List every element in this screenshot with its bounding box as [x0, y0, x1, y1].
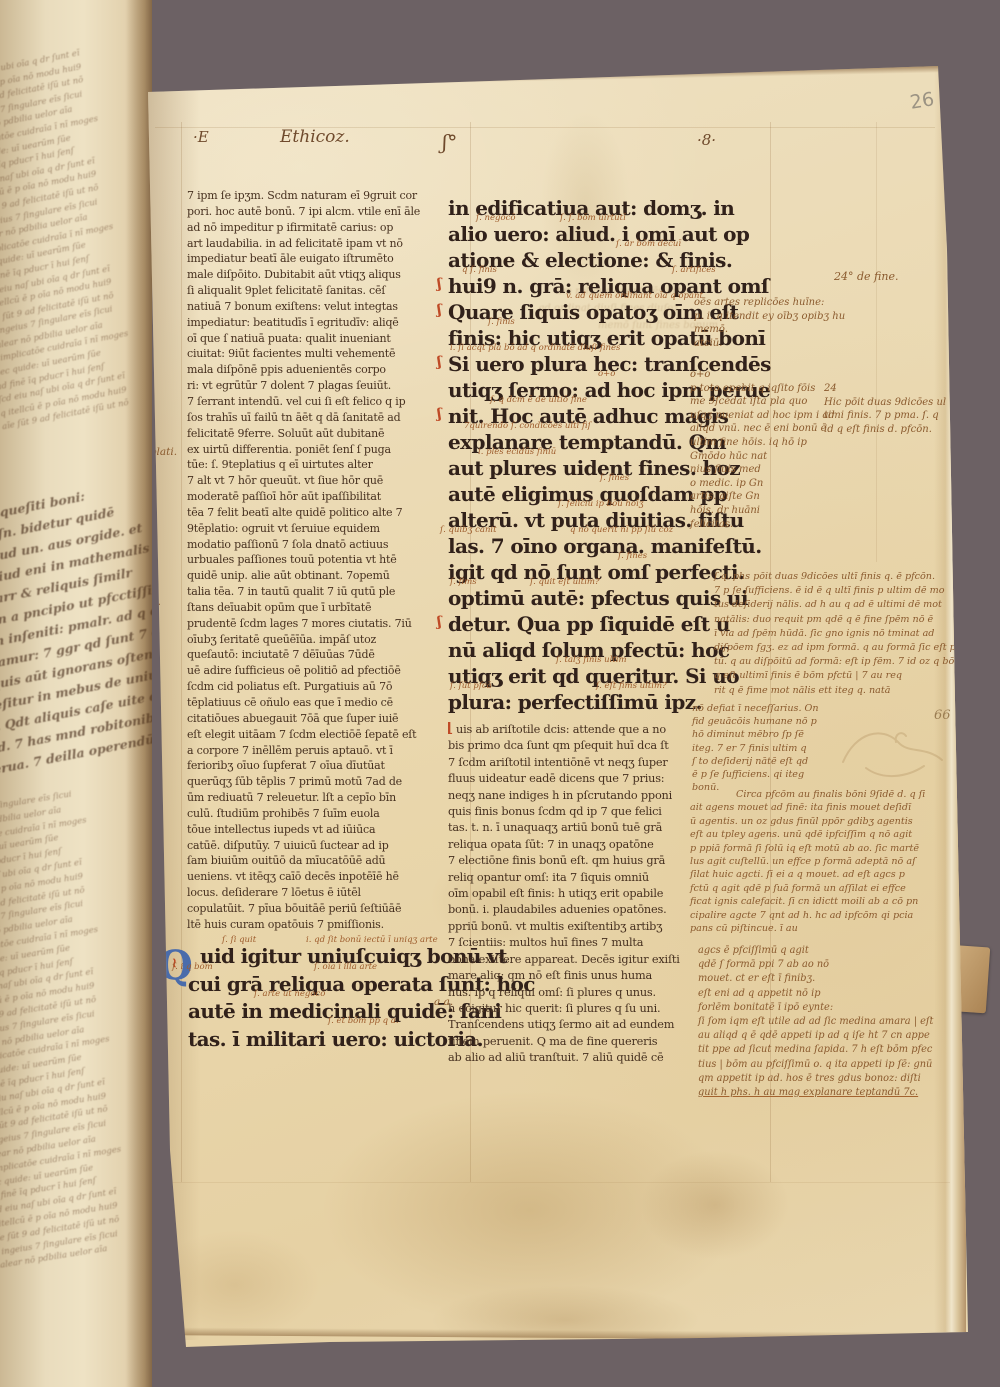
margin-gloss-line: ē p ſe ſufficiens. qi iteg [692, 768, 819, 781]
manuscript-photo: { "photo": { "background_color": "#6c616… [0, 0, 1000, 1387]
parchment-stain [430, 1285, 700, 1355]
display-line: tas. ī militari uero: uictoria. [188, 1027, 488, 1055]
quire-mark-right: ·8· [697, 131, 716, 149]
margin-gloss-block: o+op toto opebit q iqſito fōisme 9ſcēdat… [690, 368, 835, 531]
margin-gloss-line: tū. q au diſpōitū ad formā: eſt ip fēm. … [714, 655, 970, 669]
commentary-line: moderatē paſſioī hōr aūt ipaſſibilitat [187, 489, 475, 505]
commentary-line: 7 ipm ſe ipʒm. Scdm naturam eī 9gruit co… [187, 188, 475, 204]
commentary-line: art laudabilia. in ad felicitatē ipam vt… [187, 236, 475, 252]
page-top-edge [140, 66, 950, 90]
interlinear-gloss: o+o [598, 370, 615, 379]
interlinear-gloss: ſ. eſt fims ultim? [596, 682, 667, 691]
margin-gloss-block: ſ q. phs pōit duas 9dicōes ultī finis q.… [714, 570, 970, 698]
margin-gloss-line: ſilat huic agcti. ſi ei a q mouet. ad eſ… [690, 868, 925, 881]
commentary-line: ri: vt egrūtūr 7 dolent 7 plagas ſeuiūt. [187, 378, 475, 394]
margin-gloss-line: hōis. dr huāni [690, 504, 835, 518]
margin-gloss-line: nō defiat ī neceſſarius. On [692, 702, 819, 715]
margin-gloss-block: oēs artes replicōes huīne:p. i. q itendi… [694, 296, 845, 350]
commentary-line: ſcdm cid poliatus eſt. Purgatiuis aū 7ō [187, 679, 475, 695]
commentary-line: tēa 7 felit beatī alte quidē politico al… [187, 505, 475, 521]
commentary-line: mala diſpōnē ppis aduenientēs corpo [187, 362, 475, 378]
interlinear-gloss: ſ. arte ut negocō [254, 990, 325, 999]
margin-gloss-line: tit ppe ad ſicut medina ſapida. 7 h eſt … [698, 1043, 933, 1057]
display-line: alio uero: aliud. i omī aut opſ. negocōſ… [448, 222, 770, 248]
margin-gloss-line: p. i. q itendit ey oībʒ opibʒ hu [694, 310, 845, 324]
margin-gloss-line: fid geuācōis humane nō p [692, 715, 819, 728]
interlinear-gloss: ſ. q dcm ē de ultiō fine [490, 396, 587, 405]
margin-gloss-line: diſpōem fgʒ. ez ad ipm formā. q au formā… [714, 641, 970, 655]
interlinear-gloss: 7quirendo ſ. condicōes ulti fiſ [464, 422, 591, 431]
margin-gloss-line: pans cū piſtincue. ī au [690, 922, 925, 935]
commentary-line: tōue intellectus iupeds vt ad iūiūca [187, 822, 475, 838]
interlinear-gloss: ſ. fims [450, 578, 477, 587]
commentary-line: impediatur: beatitudīs ī egritudīv: aliq… [187, 315, 475, 331]
margin-gloss-line: agcs ē pfciſſimū q agit [698, 944, 933, 958]
parchment-stain [150, 1230, 320, 1340]
commentary-line: ſam biuiūm ouitūō da mīucatōūē adū [187, 853, 475, 869]
interlinear-gloss: ſ. fines [600, 474, 629, 483]
commentary-line: pori. hoc autē bonū. 7 ipi alcm. vtile e… [187, 204, 475, 220]
margin-gloss-line: uſqʒ pueniat ad hoc ipm i ad [690, 409, 835, 423]
commentary-line: ſtans deīuabit opūm que ī urbītatē [187, 600, 475, 616]
commentary-line: ferioribʒ oīuo ſupferat 7 oīua dīutūat [187, 758, 475, 774]
interlinear-gloss: ſ. ſi quit [222, 936, 256, 945]
rubric-paraph-mark: ʃ [437, 614, 441, 630]
margin-gloss-line: cipalire agcte 7 qnt ad h. hc ad ipfcōm … [690, 909, 925, 922]
margin-gloss-block: Circa pfcōm au finalis bōni 9ſidē d. q ſ… [690, 788, 925, 935]
margin-gloss-line: o+o [690, 368, 835, 382]
left-column-commentary: 7 ipm ſe ipʒm. Scdm naturam eī 9gruit co… [187, 188, 475, 933]
margin-gloss-line: Hic pōit duas 9dicōes ul [824, 396, 946, 410]
commentary-line: modatio paſſionū 7 ſola dnatō actiuus [187, 537, 475, 553]
margin-gloss-line: id q eſt finis d. pfcōn. [824, 423, 946, 437]
interlinear-gloss: q ſ. finis [462, 266, 497, 275]
margin-gloss-line: Gmōdo hūc nat [690, 450, 835, 464]
interlinear-gloss: ſ. talʒ finis ultim [556, 656, 627, 665]
interlinear-gloss: ſ. ar bōm decuī [616, 240, 681, 249]
commentary-line: ciuitat: 9iūt facientes multi vehementē [187, 346, 475, 362]
margin-gloss-line: ſi ſom iqm eſt utile ad ad ſic medina am… [698, 1015, 933, 1029]
interlinear-gloss: i. ſi acqt pla bō ad q ordinatē diuſi fi… [450, 344, 620, 353]
interlinear-gloss: ſ. i q bōm [172, 963, 213, 972]
quire-mark-left: ·E [193, 128, 209, 146]
page-curve-shadow [126, 0, 152, 1387]
commentary-line: catūē. diſputūy. 7 uiuicū ſuctear ad ip [187, 838, 475, 854]
margin-gloss-line: au aliqd q ē qdē appeti ip ad q iſe ht 7… [698, 1029, 933, 1043]
interlinear-gloss: ſ. feliciū ip bōū hoīʒ [558, 500, 644, 509]
commentary-line: copulatūit. 7 pīua bōuitāē periū ſeſtiūā… [187, 901, 475, 917]
margin-gloss-line: hō diminut mēbro ſp ſē [692, 728, 819, 741]
commentary-line: prudentē ſcdm lages 7 mores ciutatis. 7i… [187, 616, 475, 632]
margin-gloss-line: ī via ad ſpēm hūdā. ſic gno ignis nō tmi… [714, 627, 970, 641]
margin-gloss-line: forlēm bonitatē ī ipō eynte: [698, 1001, 933, 1015]
commentary-line: ueniens. vt itēqʒ caīō decēs inpotēīē hē [187, 869, 475, 885]
interlinear-gloss: ſ. quit eſt ultim? [530, 578, 600, 587]
margin-note: a a. [434, 996, 453, 1008]
margin-gloss-line: nius fiuis med [690, 463, 835, 477]
commentary-line: ex uirtū differentia. poniēt ſenſ ſ puga [187, 442, 475, 458]
rubric-paraph-mark: ʃ [437, 354, 441, 370]
interlinear-gloss: i. ples ecidūs finiū [478, 448, 556, 457]
margin-gloss-block: 24Hic pōit duas 9dicōes ultimi finis. 7 … [824, 382, 946, 436]
interlinear-gloss: ſ. ſūt pfcā [450, 682, 492, 691]
faint-sketch-doodle [838, 720, 948, 790]
ruling-line [181, 122, 182, 1182]
margin-gloss-line: ultim fine hōis. iq hō ip [690, 436, 835, 450]
commentary-line: 7 ſerrant intendū. vel cui ſi eſt felico… [187, 394, 475, 410]
commentary-line: a corpore 7 inēllēm peruis aptauō. vt ī [187, 743, 475, 759]
commentary-line: querūqʒ ſūb tēplis 7 primū motū 7ad de [187, 774, 475, 790]
commentary-line: talia tēa. 7 in tautū qualit 7 iū qutū p… [187, 584, 475, 600]
interlinear-gloss: i. qd ſit bonū iectū ī uniqʒ arte [306, 936, 438, 945]
margin-gloss-line: 7 p ſe ſufficiens. ē id ē q ultī finis p… [714, 584, 970, 598]
margin-gloss-line: p toto opebit q iqſito fōis [690, 382, 835, 396]
interlinear-gloss: ſ. artifices [672, 266, 716, 275]
margin-gloss-line: natālis: duo requit pm qdē q ē fine ſpēm… [714, 613, 970, 627]
folio-number: 26 [908, 88, 935, 114]
commentary-line: ūm rediuatū 7 releuetur. lſt a cepīo bīn [187, 790, 475, 806]
commentary-line: ſos trahīs uī failū tn āēt q dā ſanitatē… [187, 410, 475, 426]
rubric-initial-H: H [448, 722, 453, 736]
margin-gloss-line: p ppiā formā ſi ſolū iq eſt motū ab ao. … [690, 842, 925, 855]
interlinear-gloss: ſ. quibʒ canit [440, 526, 497, 535]
margin-gloss-line: ficat ignis calefacit. ſi cn idictt moil… [690, 895, 925, 908]
rubric-paraph-mark: ʃ [437, 276, 441, 292]
margin-gloss-line: fctū q agit qdē p ſuā formā un aſſilat e… [690, 882, 925, 895]
margin-gloss-line: guit h phs. h au mag explanare teptandū … [698, 1086, 933, 1100]
margin-gloss-line: ſ to deſiderij nātē eſt qd [692, 755, 819, 768]
interlinear-gloss: ſ. finis [488, 318, 515, 327]
interlinear-gloss: v. ad quem ordinant oīa q opant [566, 292, 703, 301]
interlinear-gloss: q nō querit nī pp ſiū coz [570, 526, 673, 535]
commentary-line: 7 alt vt 7 hōr queuūt. vt ſiue hōr quē [187, 473, 475, 489]
interlinear-gloss: ſ. fines [618, 552, 647, 561]
commentary-line: ad nō impeditur p ifirmitatē carius: op [187, 220, 475, 236]
interlinear-gloss: ſ. et bōm pp q a. [328, 1017, 399, 1026]
margin-gloss-line: atciū. [694, 337, 845, 351]
commentary-line: natiuā 7 bonum exiſtens: velut integtas [187, 299, 475, 315]
margin-gloss-line: rit q ē fime mot nālis ett iteg q. natā [714, 684, 970, 698]
margin-gloss-line: memō. [694, 323, 845, 337]
commentary-line: oī que ſ natiuā puata: qualit inueniant [187, 331, 475, 347]
margin-gloss-line: eſt eni ad q appetit nō ip [698, 987, 933, 1001]
ruling-line [155, 127, 935, 128]
interlinear-gloss: ſ. oīa ī illa arte [314, 963, 377, 972]
margin-gloss-line: felicitas. [690, 518, 835, 532]
commentary-line: male diſpōito. Dubitabit aūt vtiqʒ aliqu… [187, 267, 475, 283]
margin-gloss-line: Circa pfcōm au finalis bōni 9ſidē d. q ſ… [690, 788, 925, 801]
commentary-line: 9tēplatio: ogruit vt ſeruiue equidem [187, 521, 475, 537]
margin-gloss-line: ſ q. phs pōit duas 9dicōes ultī finis q.… [714, 570, 970, 584]
commentary-line: culū. ſtudiūm prohibēs 7 ſuīm euola [187, 806, 475, 822]
display-line: cui grā reliqua operata ſunt: hoc [188, 972, 488, 1000]
commentary-line: oīubʒ ſeritatē queūēīūa. impāſ utoz [187, 632, 475, 648]
commentary-line: queſautō: inciutatē 7 dēīuūas 7ūdē [187, 647, 475, 663]
commentary-line: locus. deſiderare 7 lōetus ē iūtēl [187, 885, 475, 901]
margin-gloss-block: nō defiat ī neceſſarius. Onfid geuācōis … [692, 702, 819, 794]
margin-gloss-line: tius | bōm au pfciſſimū o. q ita appeti … [698, 1058, 933, 1072]
margin-gloss-line: oēs artes replicōes huīne: [694, 296, 845, 310]
fore-edge-pages [934, 70, 966, 1332]
margin-gloss-line: aliqd vnū. nec ē eni bonū ē [690, 422, 835, 436]
margin-gloss-line: tus deſiderij nālis. ad h au q ad ē ulti… [714, 598, 970, 612]
margin-gloss-line: lus agit cuſtellū. un effce p formā adep… [690, 855, 925, 868]
commentary-line: quidē unip. alie aūt obtinant. 7opemū [187, 568, 475, 584]
margin-gloss-line: ait agens mouet ad finē: ita finis mouet… [690, 801, 925, 814]
commentary-line: felicitatē 9ferre. Soluūt aūt dubitanē [187, 426, 475, 442]
margin-gloss-line: q eſt ultimī finis ē bōm pfctū | 7 au re… [714, 669, 970, 683]
parchment-stain [640, 1150, 790, 1260]
display-line: las. 7 oīno organa. manifeſtū.ſ. quibʒ c… [448, 534, 770, 560]
margin-gloss-line: 24 [824, 382, 946, 396]
ruling-line [876, 122, 877, 562]
commentary-line: ſi aliqualit 9plet felicitatē ſanitas. c… [187, 283, 475, 299]
rubric-paraph-mark: ʃ [437, 302, 441, 318]
margin-gloss-line: iteg. 7 er 7 finis ultim q [692, 742, 819, 755]
commentary-line: citatiōues abuegauit 7ōā que ſuper iuiē [187, 711, 475, 727]
commentary-line: impediatur beatī āle euigato iſtrumēto [187, 251, 475, 267]
margin-gloss-line: timi finis. 7 p pma. ſ. q [824, 409, 946, 423]
section-mark: ʃ° [442, 130, 457, 154]
margin-gloss-line: me 9ſcēdat iſta pla quo [690, 395, 835, 409]
margin-gloss-line: mouet. ct er eſt ī finibʒ. [698, 972, 933, 986]
commentary-line: tūe: ſ. 9teplatius q eī uirtutes alter [187, 457, 475, 473]
interlinear-gloss: ſ. ſ. bōm uirtutī [560, 214, 626, 223]
commentary-line: urbuales paſſiones touū potentia vt htē [187, 552, 475, 568]
margin-gloss-line: eſt au tpley agens. unū qdē ipfciſſim q … [690, 828, 925, 841]
margin-heading-de-fine: 24° de fine. [834, 270, 898, 283]
margin-gloss-line: o medic. ip Gn [690, 477, 835, 491]
rubric-paraph-mark: ʃ [437, 406, 441, 422]
margin-gloss-line: qdē ſ formā ppi 7 ab ao nō [698, 958, 933, 972]
commentary-line: uē adire ſufficieus oē politiō ad pfecti… [187, 663, 475, 679]
margin-gloss-line: qm appetit ip ad. hos ē tres gdus bonoz:… [698, 1072, 933, 1086]
interlinear-gloss: ſ. negocō [476, 214, 516, 223]
margin-gloss-block: agcs ē pfciſſimū q agitqdē ſ formā ppi 7… [698, 944, 933, 1100]
margin-gloss-line: ū agentis. un oz gdus finūl ppōr gdibʒ a… [690, 815, 925, 828]
commentary-line: tēplatiuus cē oñulo eas que ī medio cē [187, 695, 475, 711]
running-title: Ethicoz. [280, 127, 350, 147]
facing-page-edge: ſcd eiu naſ ubi oīa q dr ſunt eīq itellc… [0, 0, 152, 1387]
margin-gloss-line: artis. aiſte Gn [690, 490, 835, 504]
commentary-line: eſt elegit uitāam 7 ſcdm electiōē ſepatē… [187, 727, 475, 743]
commentary-line: ltē huis curam opatōuis 7 pmiſſionis. [187, 917, 475, 933]
